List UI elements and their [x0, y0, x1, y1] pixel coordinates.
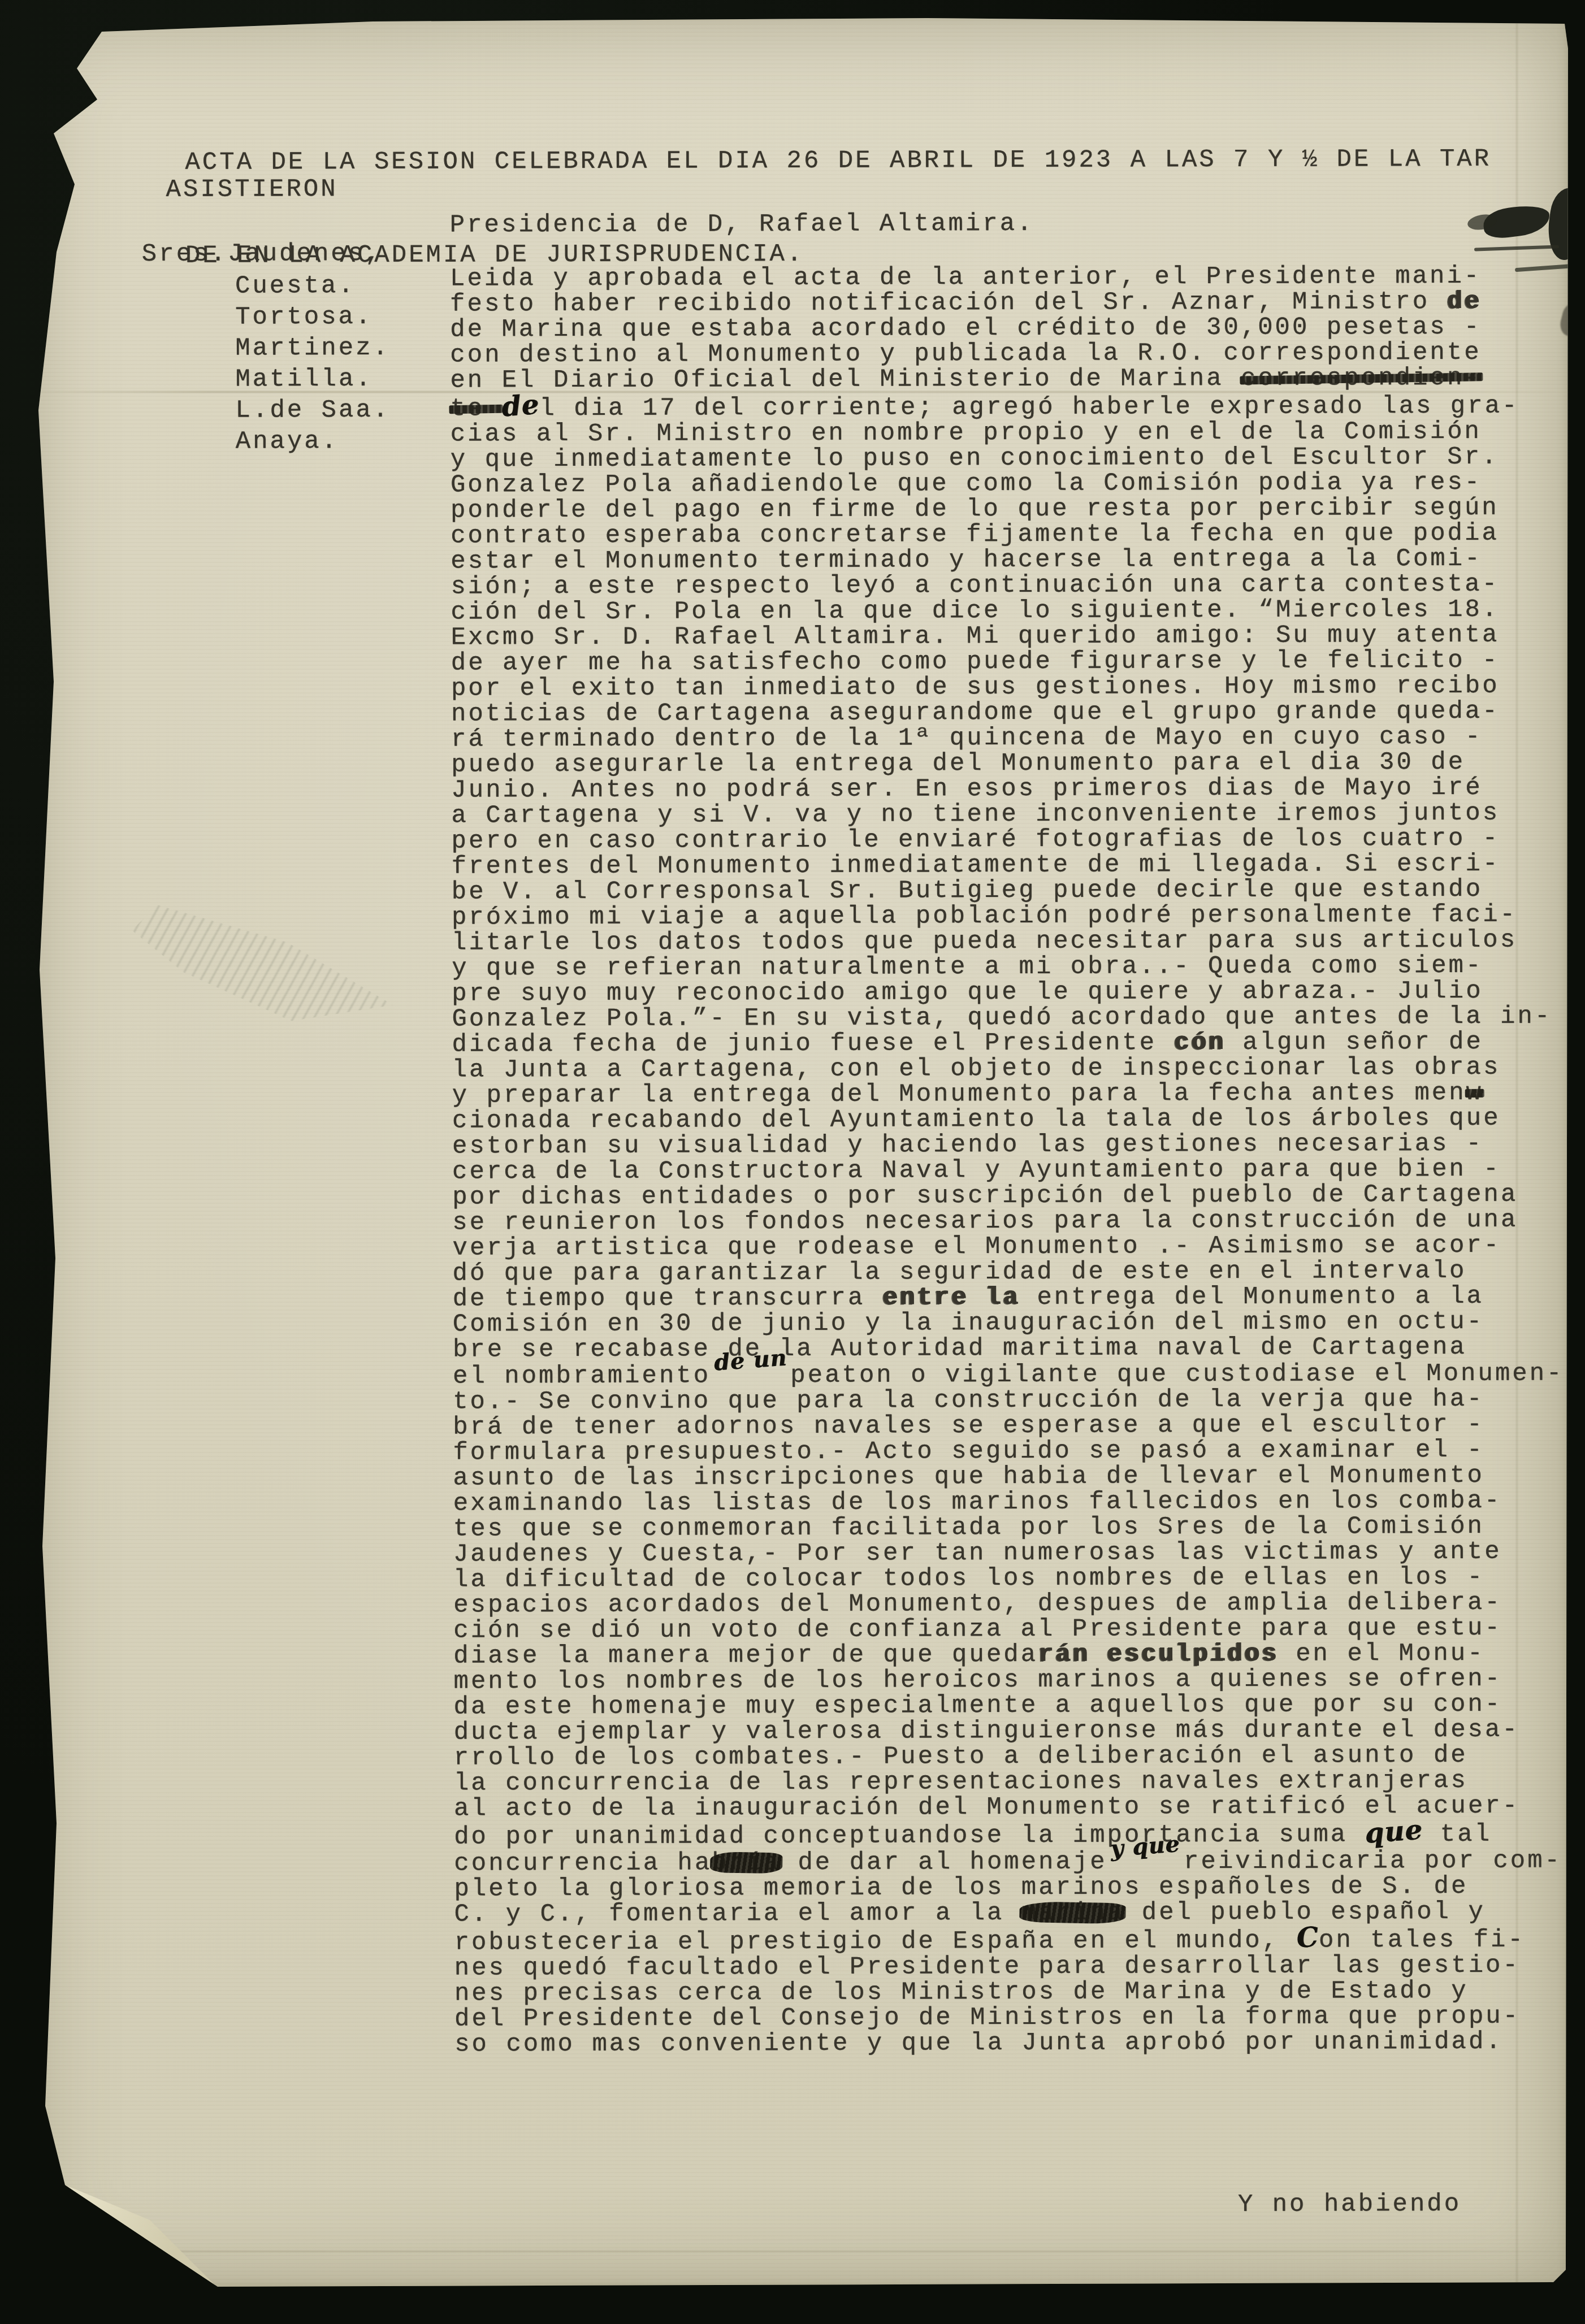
attendee-name: Martinez. — [235, 333, 390, 365]
attendee-name: Tortosa. — [235, 302, 390, 333]
typed-line: en El Diario Oficial del Ministerio de M… — [450, 365, 1561, 393]
title-line-1: ACTA DE LA SESION CELEBRADA EL DIA 26 DE… — [185, 144, 1491, 179]
attendee-name: Cuesta. — [235, 271, 390, 302]
presidency-line: Presidencia de D, Rafael Altamira. — [450, 210, 1034, 240]
attendees-label: ASISTIERON — [166, 175, 337, 204]
typed-line: bre se recabase de la Autoridad maritima… — [453, 1334, 1564, 1363]
typed-line: do por unanimidad conceptuandose la impo… — [454, 1819, 1565, 1850]
closing-line: Y no habiendo — [1238, 2190, 1461, 2219]
attendee-name: Matilla. — [235, 364, 390, 396]
body-text: Leida y aprobada el acta de la anterior,… — [450, 263, 1566, 2057]
attendees-list: Cuesta.Tortosa.Martinez.Matilla.L.de Saa… — [235, 271, 391, 458]
typed-line: C. y C., fomentaria el amor a la marina … — [454, 1899, 1565, 1927]
typed-content: ACTA DE LA SESION CELEBRADA EL DIA 26 DE… — [20, 12, 1571, 2290]
scanned-document-page: { "colors": { "paper": "#d8d3bd", "ink":… — [0, 0, 1585, 2324]
attendee-name: Anaya. — [236, 426, 391, 458]
paper-sheet: ACTA DE LA SESION CELEBRADA EL DIA 26 DE… — [23, 15, 1568, 2288]
attendees-first-line: Sres.Jaudenes, — [142, 240, 383, 268]
attendee-name: L.de Saa. — [235, 395, 390, 427]
typed-line: so como mas conveniente y que la Junta a… — [454, 2029, 1566, 2057]
